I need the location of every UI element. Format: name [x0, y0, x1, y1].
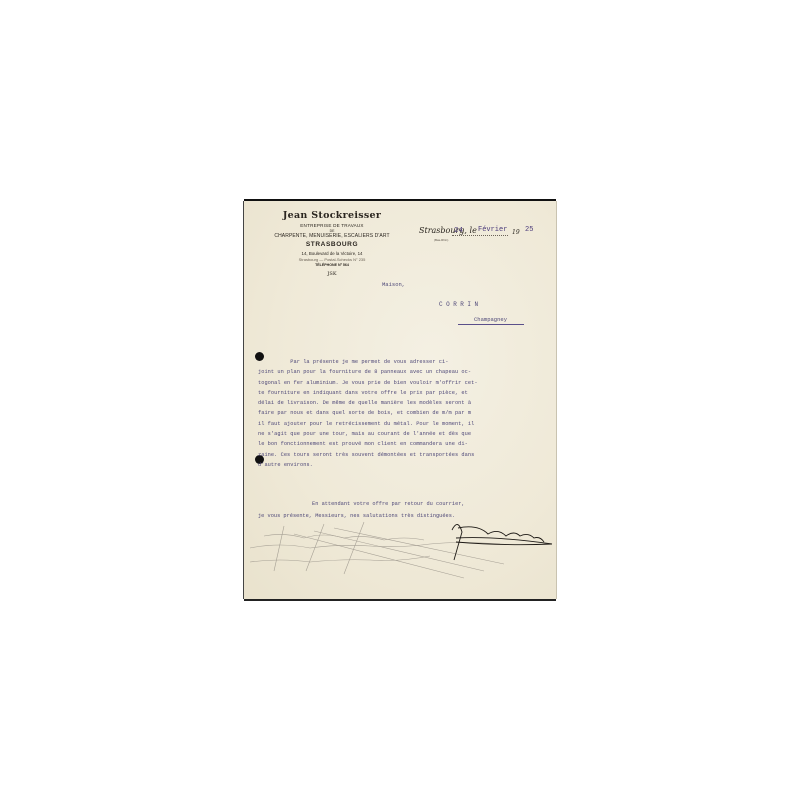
pencil-note-icon — [250, 522, 504, 578]
date-place: Strasbourg, le — [419, 226, 477, 235]
date-century: 19 — [512, 229, 520, 236]
letterhead-trades: CHARPENTE, MENUISERIE, ESCALIERS D'ART — [252, 233, 412, 239]
letterhead-city: STRASBOURG — [252, 241, 412, 248]
date-day: 24 — [454, 227, 463, 235]
letterhead-account: Strasbourg — Postal-Schecks N° 235 — [252, 257, 412, 262]
letterhead-address: 14, Boulevard de la Victoire, 14 — [252, 251, 412, 256]
letterhead-business: ENTREPRISE DE TRAVAUX — [252, 223, 412, 228]
recipient-underline — [458, 324, 524, 325]
signature-and-annotation — [244, 516, 556, 596]
letter-page: Jean Stockreisser ENTREPRISE DE TRAVAUX … — [244, 201, 556, 599]
recipient-town: Champagney — [474, 316, 507, 323]
date-underline — [452, 235, 508, 236]
letterhead-monogram: JSK — [252, 271, 412, 277]
date-month: Février — [478, 226, 507, 234]
date-place-sub: (Bas-Rhin) — [434, 238, 448, 242]
salutation: Maison, — [382, 281, 405, 288]
date-year: 25 — [525, 226, 533, 234]
letterhead-name: Jean Stockreisser — [252, 210, 412, 221]
recipient-name: CORRIN — [439, 301, 482, 308]
letter-body: Par la présente je me permet de vous adr… — [258, 357, 550, 470]
letterhead-telephone: TÉLÉPHONE Nº 564 — [252, 263, 412, 267]
